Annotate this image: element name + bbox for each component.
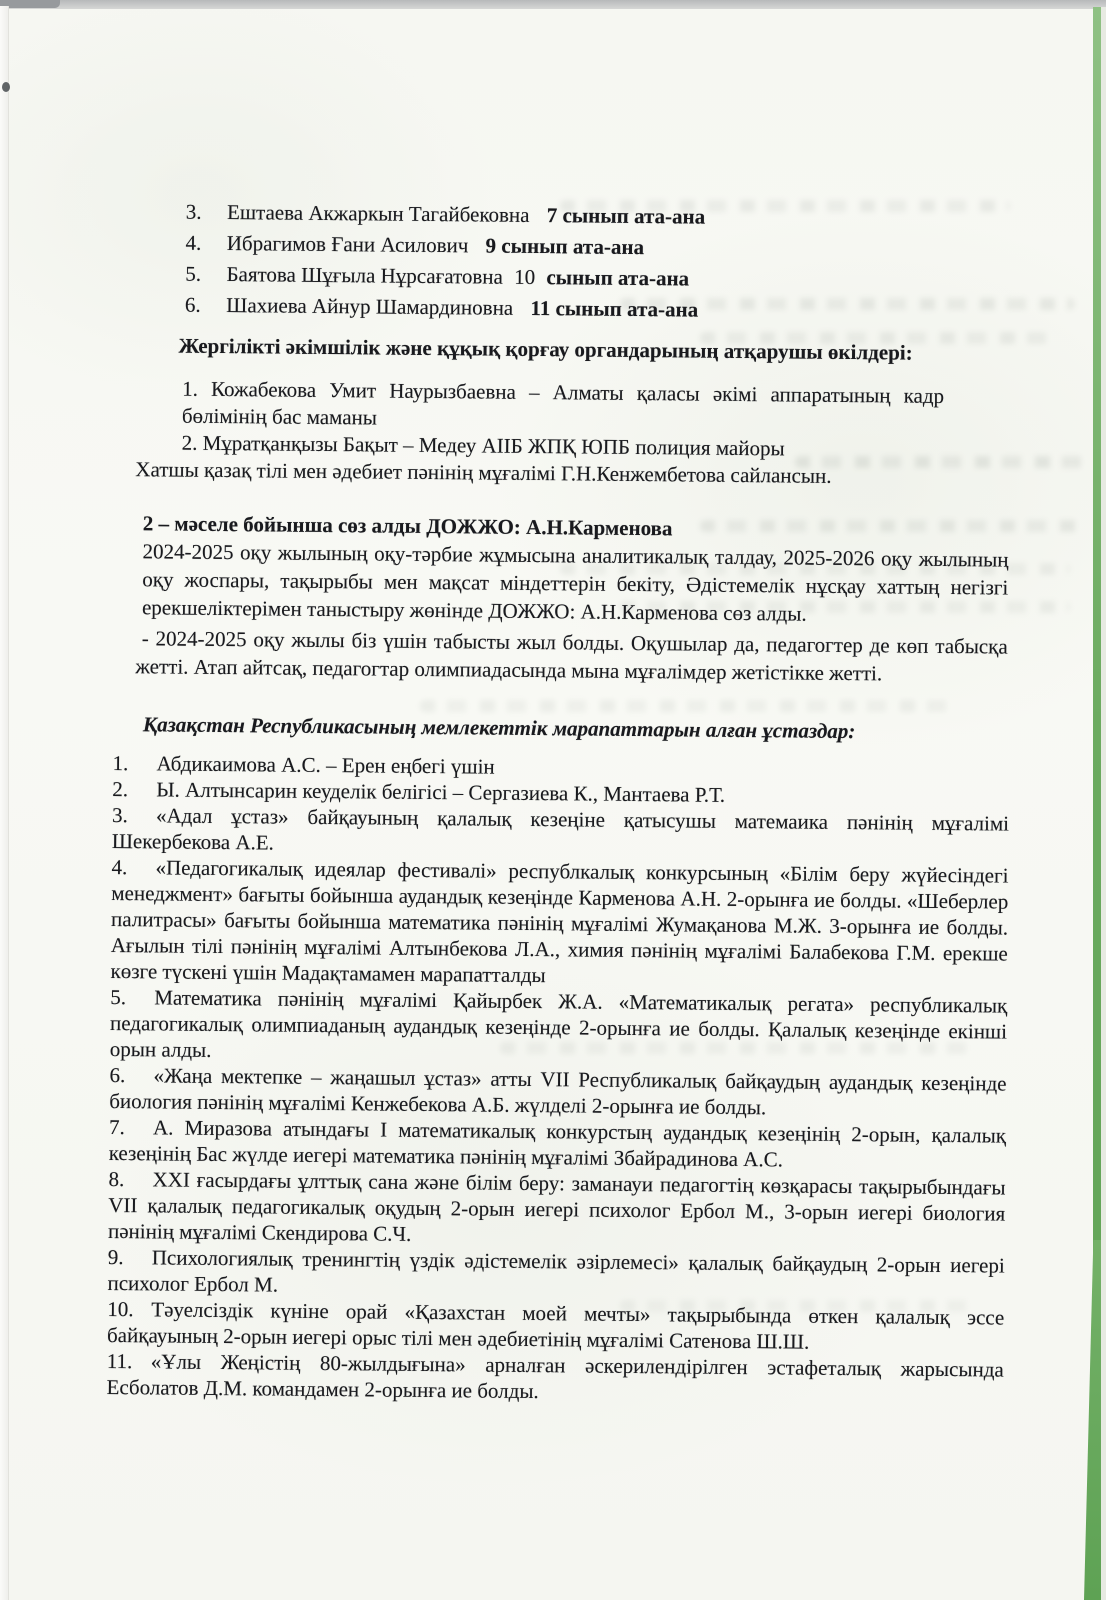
agenda-item-2-paragraph: 2024-2025 оқу жылының оқу-тәрбие жұмысын…	[142, 537, 1009, 629]
class-role-label: сынып ата-ана	[546, 265, 689, 290]
list-number: 6.	[185, 290, 221, 321]
officials-heading: Жергілікті әкімшілік және құқық қорғау о…	[178, 333, 978, 368]
award-list-item: 3.«Адал ұстаз» байқауының қалалық кезеңі…	[112, 802, 1009, 863]
award-list-item: 4.«Педагогикалық идеялар фестивалі» респ…	[110, 854, 1008, 993]
award-text: Абдикаимова А.С. – Ерен еңбегі үшін	[156, 751, 494, 778]
scanned-document-page: 3. Ештаева Акжаркын Тагайбековна 7 сынып…	[0, 0, 1106, 1600]
award-list-item: 8.XXI ғасырдағы ұлттық сана және білім б…	[108, 1166, 1006, 1253]
award-list-item: 10.Тәуелсіздік күніне орай «Қазахстан мо…	[107, 1296, 1004, 1357]
list-number: 5.	[185, 259, 221, 290]
officials-list: 1. Кожабекова Умит Наурызбаевна – Алматы…	[116, 375, 1014, 465]
list-number: 9.	[108, 1244, 152, 1270]
list-number: 11.	[107, 1348, 151, 1374]
class-role-label: 9 сынып ата-ана	[485, 234, 644, 260]
parent-name: Шахиева Айнур Шамардиновна	[226, 293, 513, 320]
class-role-label: 11 сынып ата-ана	[530, 296, 698, 322]
list-number: 1.	[112, 750, 156, 776]
award-text: Тәуелсіздік күніне орай «Қазахстан моей …	[107, 1297, 1004, 1353]
speaker-remarks-paragraph: - 2024-2025 оқу жылы біз үшін табысты жы…	[135, 624, 1007, 688]
list-number: 4.	[185, 228, 221, 259]
list-number: 8.	[108, 1166, 152, 1192]
list-number: 5.	[110, 984, 154, 1010]
award-text: «Ұлы Жеңістің 80-жылдығына» арналған әск…	[106, 1349, 1003, 1403]
official-line: 1. Кожабекова Умит Наурызбаевна – Алматы…	[116, 375, 944, 437]
state-awards-heading: Қазақстан Республикасының мемлекеттік ма…	[143, 710, 1010, 746]
list-number: 3.	[186, 197, 222, 228]
award-list-item: 9.Психологиялық тренингтің үздік әдістем…	[107, 1244, 1004, 1305]
award-text: Психологиялық тренингтің үздік әдістемел…	[107, 1245, 1004, 1296]
class-number: 10	[514, 265, 535, 289]
parent-name: Баятова Шұғыла Нұрсағатовна	[226, 262, 503, 289]
parent-members-list: 3. Ештаева Акжаркын Тагайбековна 7 сынып…	[185, 197, 1015, 329]
parent-list-item: 6. Шахиева Айнур Шамардиновна 11 сынып а…	[185, 290, 1014, 329]
list-number: 2.	[112, 776, 156, 802]
award-text: «Педагогикалық идеялар фестивалі» респуб…	[110, 855, 1008, 987]
award-list-item: 7.А. Миразова атындағы I математикалық к…	[109, 1114, 1006, 1175]
award-text: Математика пәнінің мұғалімі Қайырбек Ж.А…	[110, 985, 1008, 1062]
class-role-label: 7 сынып ата-ана	[547, 203, 706, 229]
list-number: 10.	[107, 1296, 151, 1322]
page-edge-right	[1101, 7, 1106, 1600]
award-list-item: 5.Математика пәнінің мұғалімі Қайырбек Ж…	[110, 984, 1008, 1071]
ink-spot	[2, 82, 10, 92]
award-text: А. Миразова атындағы I математикалық кон…	[109, 1115, 1006, 1171]
document-body: 3. Ештаева Акжаркын Тагайбековна 7 сынып…	[106, 196, 1015, 1409]
award-text: «Жаңа мектепке – жаңашыл ұстаз» атты VII…	[109, 1063, 1006, 1119]
award-text: XXI ғасырдағы ұлттық сана және білім бер…	[108, 1167, 1006, 1245]
award-list-item: 11.«Ұлы Жеңістің 80-жылдығына» арналған …	[106, 1348, 1003, 1409]
list-number: 4.	[111, 854, 155, 880]
list-number: 6.	[109, 1062, 153, 1088]
parent-name: Ештаева Акжаркын Тагайбековна	[227, 200, 530, 227]
scanner-edge-corner	[0, 0, 60, 8]
parent-name: Ибрагимов Ғани Асилович	[227, 231, 469, 257]
list-number: 7.	[109, 1114, 153, 1140]
list-number: 3.	[112, 802, 156, 828]
page-edge-green-wedge	[1084, 1240, 1101, 1600]
award-text: «Адал ұстаз» байқауының қалалық кезеңіне…	[112, 803, 1009, 854]
awards-list: 1.Абдикаимова А.С. – Ерен еңбегі үшін 2.…	[106, 750, 1009, 1409]
scanner-edge-top	[0, 0, 1106, 9]
award-list-item: 6.«Жаңа мектепке – жаңашыл ұстаз» атты V…	[109, 1062, 1006, 1123]
page-edge-left	[0, 6, 9, 1600]
